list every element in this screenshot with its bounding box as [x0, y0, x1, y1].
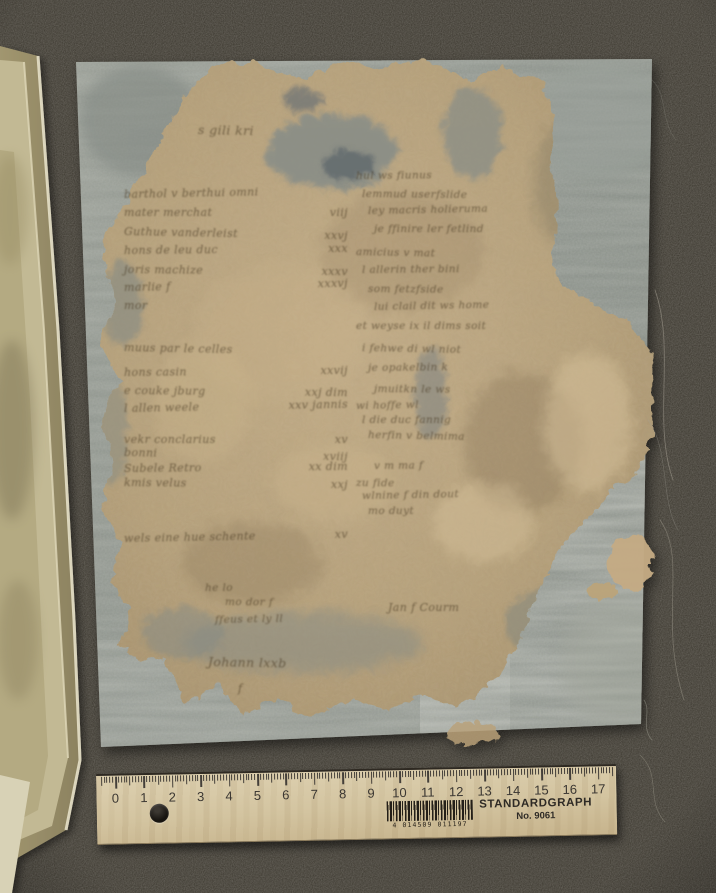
ruler-tick — [277, 774, 278, 780]
ruler-tick — [561, 768, 562, 774]
ruler-number: 1 — [140, 790, 148, 805]
ruler-tick — [314, 773, 316, 785]
ruler-number: 4 — [225, 788, 233, 803]
ruler-tick — [382, 771, 383, 777]
ruler-tick — [589, 768, 590, 774]
ruler-tick — [481, 770, 482, 776]
ruler-tick — [109, 777, 110, 783]
ruler-tick — [595, 767, 596, 773]
ruler-tick — [155, 776, 156, 782]
ruler-tick — [129, 776, 130, 785]
ruler-tick — [510, 769, 511, 775]
ruler-tick — [581, 768, 582, 774]
ruler-tick — [447, 770, 448, 776]
ruler-tick — [115, 777, 117, 789]
ruler-tick — [325, 773, 326, 779]
ruler-tick — [408, 771, 409, 777]
ruler-tick — [288, 773, 289, 779]
ruler-tick — [200, 775, 202, 787]
ruler-tick — [473, 770, 474, 776]
ruler-tick — [379, 772, 380, 778]
ruler-tick — [586, 768, 587, 774]
ruler-tick — [359, 772, 360, 778]
ruler-tick — [297, 773, 298, 779]
ruler-tick — [337, 772, 338, 778]
ruler-tick — [107, 777, 108, 783]
ruler-tick — [603, 767, 604, 773]
ruler-tick — [356, 772, 357, 781]
ruler-tick — [248, 774, 249, 780]
ruler-tick — [390, 771, 391, 777]
barcode-digits: 4 014509 011197 — [387, 820, 473, 830]
ruler-tick — [206, 775, 207, 781]
ruler-tick — [283, 773, 284, 779]
ruler-tick — [402, 771, 403, 777]
ruler-tick — [274, 774, 275, 780]
ruler-number: 16 — [562, 782, 577, 797]
ruler-brand-block: STANDARDGRAPH No. 9061 — [475, 796, 597, 822]
ruler-tick — [285, 773, 287, 785]
ruler-tick — [524, 769, 525, 775]
ruler-tick — [175, 775, 176, 781]
ruler-number: 0 — [112, 791, 120, 806]
ruler-tick — [229, 774, 231, 786]
ruler-number: 2 — [168, 789, 176, 804]
ruler-tick — [609, 767, 610, 773]
ruler-number: 9 — [367, 786, 375, 801]
ruler-tick — [393, 771, 394, 777]
ruler-tick — [183, 775, 184, 781]
ruler-tick — [470, 770, 471, 779]
ruler-tick — [308, 773, 309, 779]
ruler-tick — [266, 774, 267, 780]
ruler-tick — [555, 768, 556, 777]
ruler-tick — [530, 769, 531, 775]
ruler-number: 15 — [534, 782, 549, 797]
ruler-tick — [396, 771, 397, 777]
ruler-tick — [413, 771, 414, 780]
ruler-tick — [126, 776, 127, 782]
ruler-tick — [160, 776, 161, 782]
ruler-tick — [416, 771, 417, 777]
ruler-tick — [112, 777, 113, 783]
ruler-tick — [354, 772, 355, 778]
ruler-tick — [547, 768, 548, 774]
ruler-tick — [291, 773, 292, 779]
ruler-tick — [365, 772, 366, 778]
ruler-tick — [464, 770, 465, 776]
ruler-number: 14 — [506, 783, 521, 798]
ruler-tick — [467, 770, 468, 776]
ruler-tick — [280, 773, 281, 779]
ruler-tick — [538, 768, 539, 774]
ruler-tick — [507, 769, 508, 775]
ruler-tick — [476, 770, 477, 776]
ruler-tick — [237, 774, 238, 780]
ruler-tick — [141, 776, 142, 782]
ruler-tick — [294, 773, 295, 779]
ruler-tick — [212, 775, 213, 781]
ruler-tick — [584, 768, 585, 777]
ruler-tick — [226, 774, 227, 780]
ruler-tick — [606, 767, 607, 773]
ruler-tick — [459, 770, 460, 776]
ruler-tick — [527, 769, 528, 778]
ruler-tick — [138, 776, 139, 782]
ruler-tick — [243, 774, 244, 783]
ruler-tick — [376, 772, 377, 778]
ruler-tick — [339, 772, 340, 778]
ruler-tick — [192, 775, 193, 781]
ruler-tick — [601, 767, 602, 773]
ruler-tick — [169, 776, 170, 782]
ruler-tick — [209, 775, 210, 781]
ruler-tick — [490, 769, 491, 775]
ruler-tick — [575, 768, 576, 774]
ruler-tick — [118, 777, 119, 783]
ruler: 01234567891011121314151617 4 014509 0111… — [96, 764, 617, 845]
ruler-tick — [569, 768, 571, 780]
ruler-tick — [302, 773, 303, 779]
ruler-number: 12 — [449, 784, 464, 799]
ruler-model: No. 9061 — [475, 809, 597, 822]
ruler-tick — [223, 775, 224, 781]
ruler-tick — [487, 769, 488, 775]
ruler-tick — [572, 768, 573, 774]
ruler-tick — [328, 773, 329, 782]
ruler-hole — [150, 804, 169, 823]
ruler-tick — [271, 774, 272, 783]
ruler-tick — [564, 768, 565, 774]
ruler-brand: STANDARDGRAPH — [475, 796, 597, 810]
ruler-tick — [388, 771, 389, 777]
ruler-tick — [135, 776, 136, 782]
ruler-number: 7 — [310, 787, 318, 802]
ruler-tick — [348, 772, 349, 778]
ruler-tick — [263, 774, 264, 780]
ruler-tick — [362, 772, 363, 778]
ruler-tick — [186, 775, 187, 784]
ruler-tick — [541, 768, 543, 780]
ruler-tick — [439, 770, 440, 776]
ruler-tick — [592, 767, 593, 773]
ruler-tick — [132, 776, 133, 782]
ruler-tick — [166, 776, 167, 782]
ruler-tick — [342, 772, 344, 784]
ruler-tick — [501, 769, 502, 775]
ruler-tick — [158, 776, 159, 785]
ruler-tick — [518, 769, 519, 775]
ruler-tick — [373, 772, 374, 778]
ruler-number: 6 — [282, 787, 290, 802]
ruler-tick — [456, 770, 458, 782]
ruler-tick — [558, 768, 559, 774]
ruler-tick — [484, 770, 486, 782]
ruler-tick — [504, 769, 505, 775]
ruler-tick — [549, 768, 550, 774]
ruler-tick — [419, 771, 420, 777]
ruler-tick — [521, 769, 522, 775]
ruler-number: 13 — [477, 783, 492, 798]
ruler-tick — [450, 770, 451, 776]
ruler-tick — [433, 771, 434, 777]
ruler-tick — [425, 771, 426, 777]
ruler-tick — [251, 774, 252, 780]
ruler-tick — [104, 777, 105, 783]
ruler-tick — [257, 774, 259, 786]
ruler-tick — [203, 775, 204, 781]
ruler-tick — [578, 768, 579, 774]
ruler-number: 11 — [421, 785, 435, 800]
ruler-tick — [322, 773, 323, 779]
ruler-tick — [498, 769, 499, 778]
ruler-tick — [453, 770, 454, 776]
ruler-tick — [436, 770, 437, 776]
ruler-tick — [246, 774, 247, 780]
ruler-tick — [385, 771, 386, 780]
ruler-tick — [430, 771, 431, 777]
ruler-tick — [149, 776, 150, 782]
ruler-tick — [197, 775, 198, 781]
ruler-tick — [532, 769, 533, 775]
ruler-tick — [461, 770, 462, 776]
ruler-number: 10 — [392, 785, 407, 800]
ruler-tick — [371, 772, 373, 784]
ruler-tick — [345, 772, 346, 778]
ruler-tick — [311, 773, 312, 779]
ruler-tick — [331, 772, 332, 778]
ruler-tick — [368, 772, 369, 778]
scene-graphic — [0, 0, 716, 893]
ruler-tick — [496, 769, 497, 775]
ruler-tick — [268, 774, 269, 780]
ruler-tick — [172, 776, 174, 788]
ruler-tick — [178, 775, 179, 781]
ruler-tick — [234, 774, 235, 780]
ruler-tick — [598, 767, 600, 779]
ruler-tick — [442, 770, 443, 779]
ruler-tick — [351, 772, 352, 778]
ruler-tick — [427, 771, 429, 783]
ruler-number: 8 — [339, 786, 347, 801]
ruler-tick — [152, 776, 153, 782]
ruler-tick — [101, 777, 102, 786]
ruler-tick — [305, 773, 306, 779]
ruler-tick — [515, 769, 516, 775]
ruler-number: 5 — [254, 788, 262, 803]
photo-stage: barthol v berthui omnimater merchatviijG… — [0, 0, 716, 893]
ruler-tick — [300, 773, 301, 782]
ruler-tick — [180, 775, 181, 781]
ruler-tick — [217, 775, 218, 781]
ruler-barcode-block: 4 014509 011197 — [387, 800, 474, 830]
ruler-tick — [319, 773, 320, 779]
ruler-tick — [124, 776, 125, 782]
ruler-tick — [422, 771, 423, 777]
ruler-tick — [317, 773, 318, 779]
ruler-tick — [405, 771, 406, 777]
ruler-tick — [399, 771, 401, 783]
ruler-tick — [493, 769, 494, 775]
ruler-tick — [143, 776, 145, 788]
ruler-tick — [334, 772, 335, 778]
ruler-number: 17 — [591, 781, 606, 796]
ruler-tick — [163, 776, 164, 782]
ruler-tick — [254, 774, 255, 780]
ruler-tick — [544, 768, 545, 774]
ruler-tick — [195, 775, 196, 781]
ruler-tick — [214, 775, 215, 784]
ruler-tick — [220, 775, 221, 781]
ruler-tick — [121, 777, 122, 783]
ruler-tick — [567, 768, 568, 774]
gauze-backing — [76, 50, 680, 750]
ruler-tick — [240, 774, 241, 780]
ruler-tick — [444, 770, 445, 776]
ruler-tick — [260, 774, 261, 780]
ruler-tick — [513, 769, 515, 781]
ruler-tick — [535, 769, 536, 775]
ruler-number: 3 — [197, 789, 205, 804]
ruler-tick — [189, 775, 190, 781]
ruler-tick — [552, 768, 553, 774]
ruler-tick — [231, 774, 232, 780]
ruler-tick — [146, 776, 147, 782]
ruler-tick — [410, 771, 411, 777]
ruler-tick — [479, 770, 480, 776]
ruler-tick — [612, 767, 613, 776]
barcode-icon — [387, 800, 473, 822]
